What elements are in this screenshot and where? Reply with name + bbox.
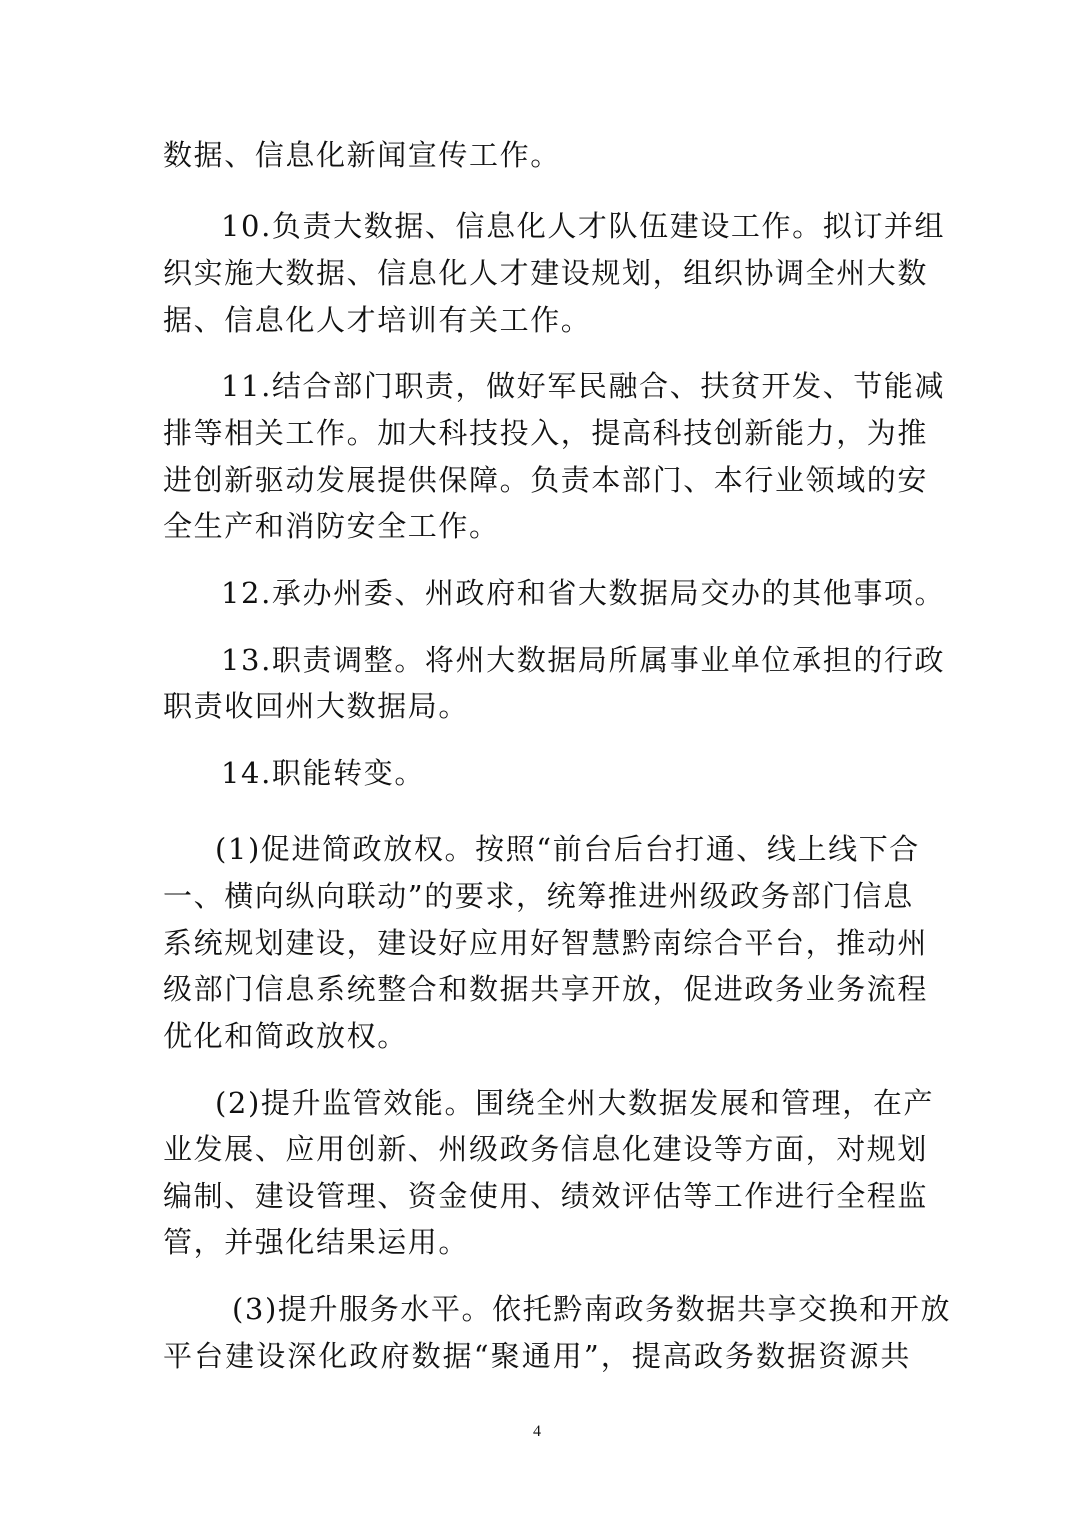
paragraph-14-line-1: 14.职能转变。: [221, 753, 911, 793]
paragraph-11-line-4: 全生产和消防安全工作。: [163, 506, 911, 546]
paragraph-14-3-line-1: (3)提升服务水平。依托黔南政务数据共享交换和开放: [232, 1289, 911, 1329]
paragraph-14-1-line-4: 级部门信息系统整合和数据共享开放，促进政务业务流程: [163, 969, 911, 1009]
paragraph-10-line-3: 据、信息化人才培训有关工作。: [163, 300, 911, 340]
paragraph-12-line-1: 12.承办州委、州政府和省大数据局交办的其他事项。: [221, 573, 911, 613]
paragraph-14-2-line-1: (2)提升监管效能。围绕全州大数据发展和管理，在产: [215, 1083, 911, 1123]
paragraph-14-1-line-3: 系统规划建设，建设好应用好智慧黔南综合平台，推动州: [163, 923, 911, 963]
paragraph-14-1-line-1: (1)促进简政放权。按照“前台后台打通、线上线下合: [215, 829, 911, 869]
paragraph-14-1-line-2: 一、横向纵向联动”的要求，统筹推进州级政务部门信息: [163, 876, 911, 916]
paragraph-11-line-2: 排等相关工作。加大科技投入，提高科技创新能力，为推: [163, 413, 911, 453]
paragraph-14-3-line-2: 平台建设深化政府数据“聚通用”，提高政务数据资源共: [163, 1336, 911, 1376]
page-number: 4: [0, 1422, 1074, 1442]
paragraph-continuation-line-1: 数据、信息化新闻宣传工作。: [163, 135, 911, 175]
paragraph-13-line-2: 职责收回州大数据局。: [163, 686, 911, 726]
paragraph-14-2-line-3: 编制、建设管理、资金使用、绩效评估等工作进行全程监: [163, 1176, 911, 1216]
paragraph-13-line-1: 13.职责调整。将州大数据局所属事业单位承担的行政: [221, 640, 911, 680]
paragraph-11-line-1: 11.结合部门职责，做好军民融合、扶贫开发、节能减: [221, 366, 911, 406]
paragraph-14-2-line-2: 业发展、应用创新、州级政务信息化建设等方面，对规划: [163, 1129, 911, 1169]
paragraph-10-line-1: 10.负责大数据、信息化人才队伍建设工作。拟订并组: [221, 206, 911, 246]
document-page: 数据、信息化新闻宣传工作。 10.负责大数据、信息化人才队伍建设工作。拟订并组 …: [0, 0, 1074, 1520]
paragraph-11-line-3: 进创新驱动发展提供保障。负责本部门、本行业领域的安: [163, 460, 911, 500]
paragraph-14-2-line-4: 管，并强化结果运用。: [163, 1222, 911, 1262]
paragraph-10-line-2: 织实施大数据、信息化人才建设规划，组织协调全州大数: [163, 253, 911, 293]
paragraph-14-1-line-5: 优化和简政放权。: [163, 1016, 911, 1056]
